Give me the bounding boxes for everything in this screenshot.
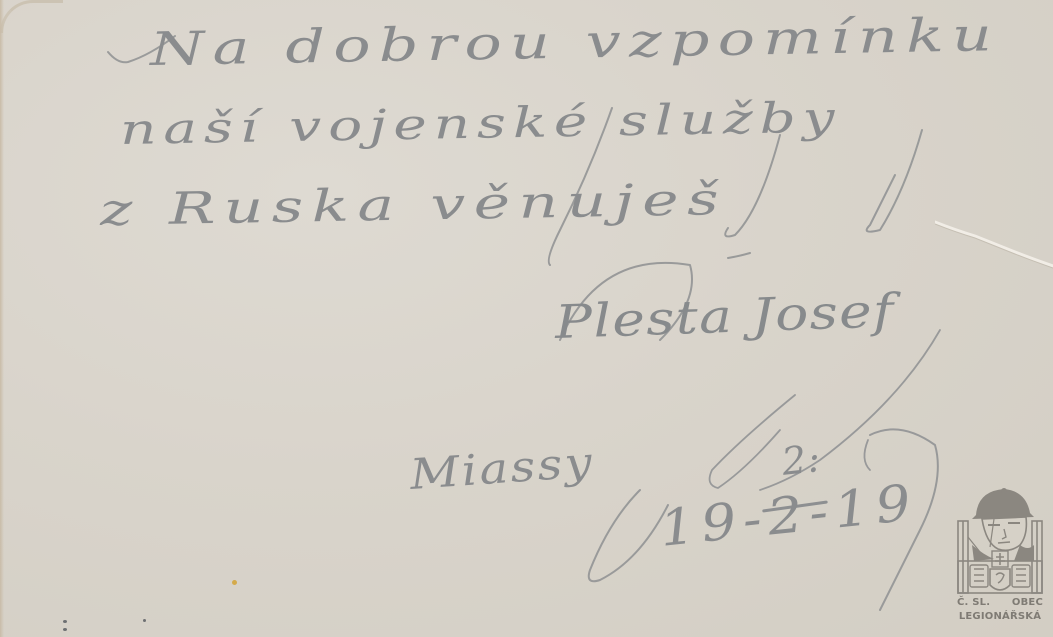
date-numerator: 2: — [780, 436, 823, 484]
paper-crease — [935, 220, 1053, 270]
paper-speck — [63, 620, 67, 623]
logo-text-legionarska: LEGIONÁŘSKÁ — [954, 612, 1046, 622]
date: 19-2-19 — [657, 473, 920, 558]
handwritten-line-2: naší vojenské služby — [120, 92, 842, 154]
paper-speck — [232, 580, 237, 585]
paper-speck — [143, 619, 146, 622]
signature: Plesta Josef — [554, 283, 895, 349]
place-name: Miassy — [408, 437, 595, 499]
logo-text-line-1: Č. SL. OBEC — [954, 598, 1046, 608]
pencil-flourish-strokes — [0, 0, 1053, 637]
handwritten-line-1: Na dobrou vzpomínku — [150, 7, 1001, 76]
soldier-helmet-emblem-icon — [954, 485, 1046, 597]
paper-speck — [63, 628, 67, 631]
postcard: Na dobrou vzpomínku naší vojenské služby… — [0, 0, 1053, 637]
logo-text-csl: Č. SL. — [957, 598, 990, 608]
legionnaire-logo: Č. SL. OBEC LEGIONÁŘSKÁ — [954, 485, 1046, 630]
logo-text-obec: OBEC — [1012, 598, 1043, 608]
handwritten-line-3: z Ruska věnuješ — [100, 174, 728, 236]
